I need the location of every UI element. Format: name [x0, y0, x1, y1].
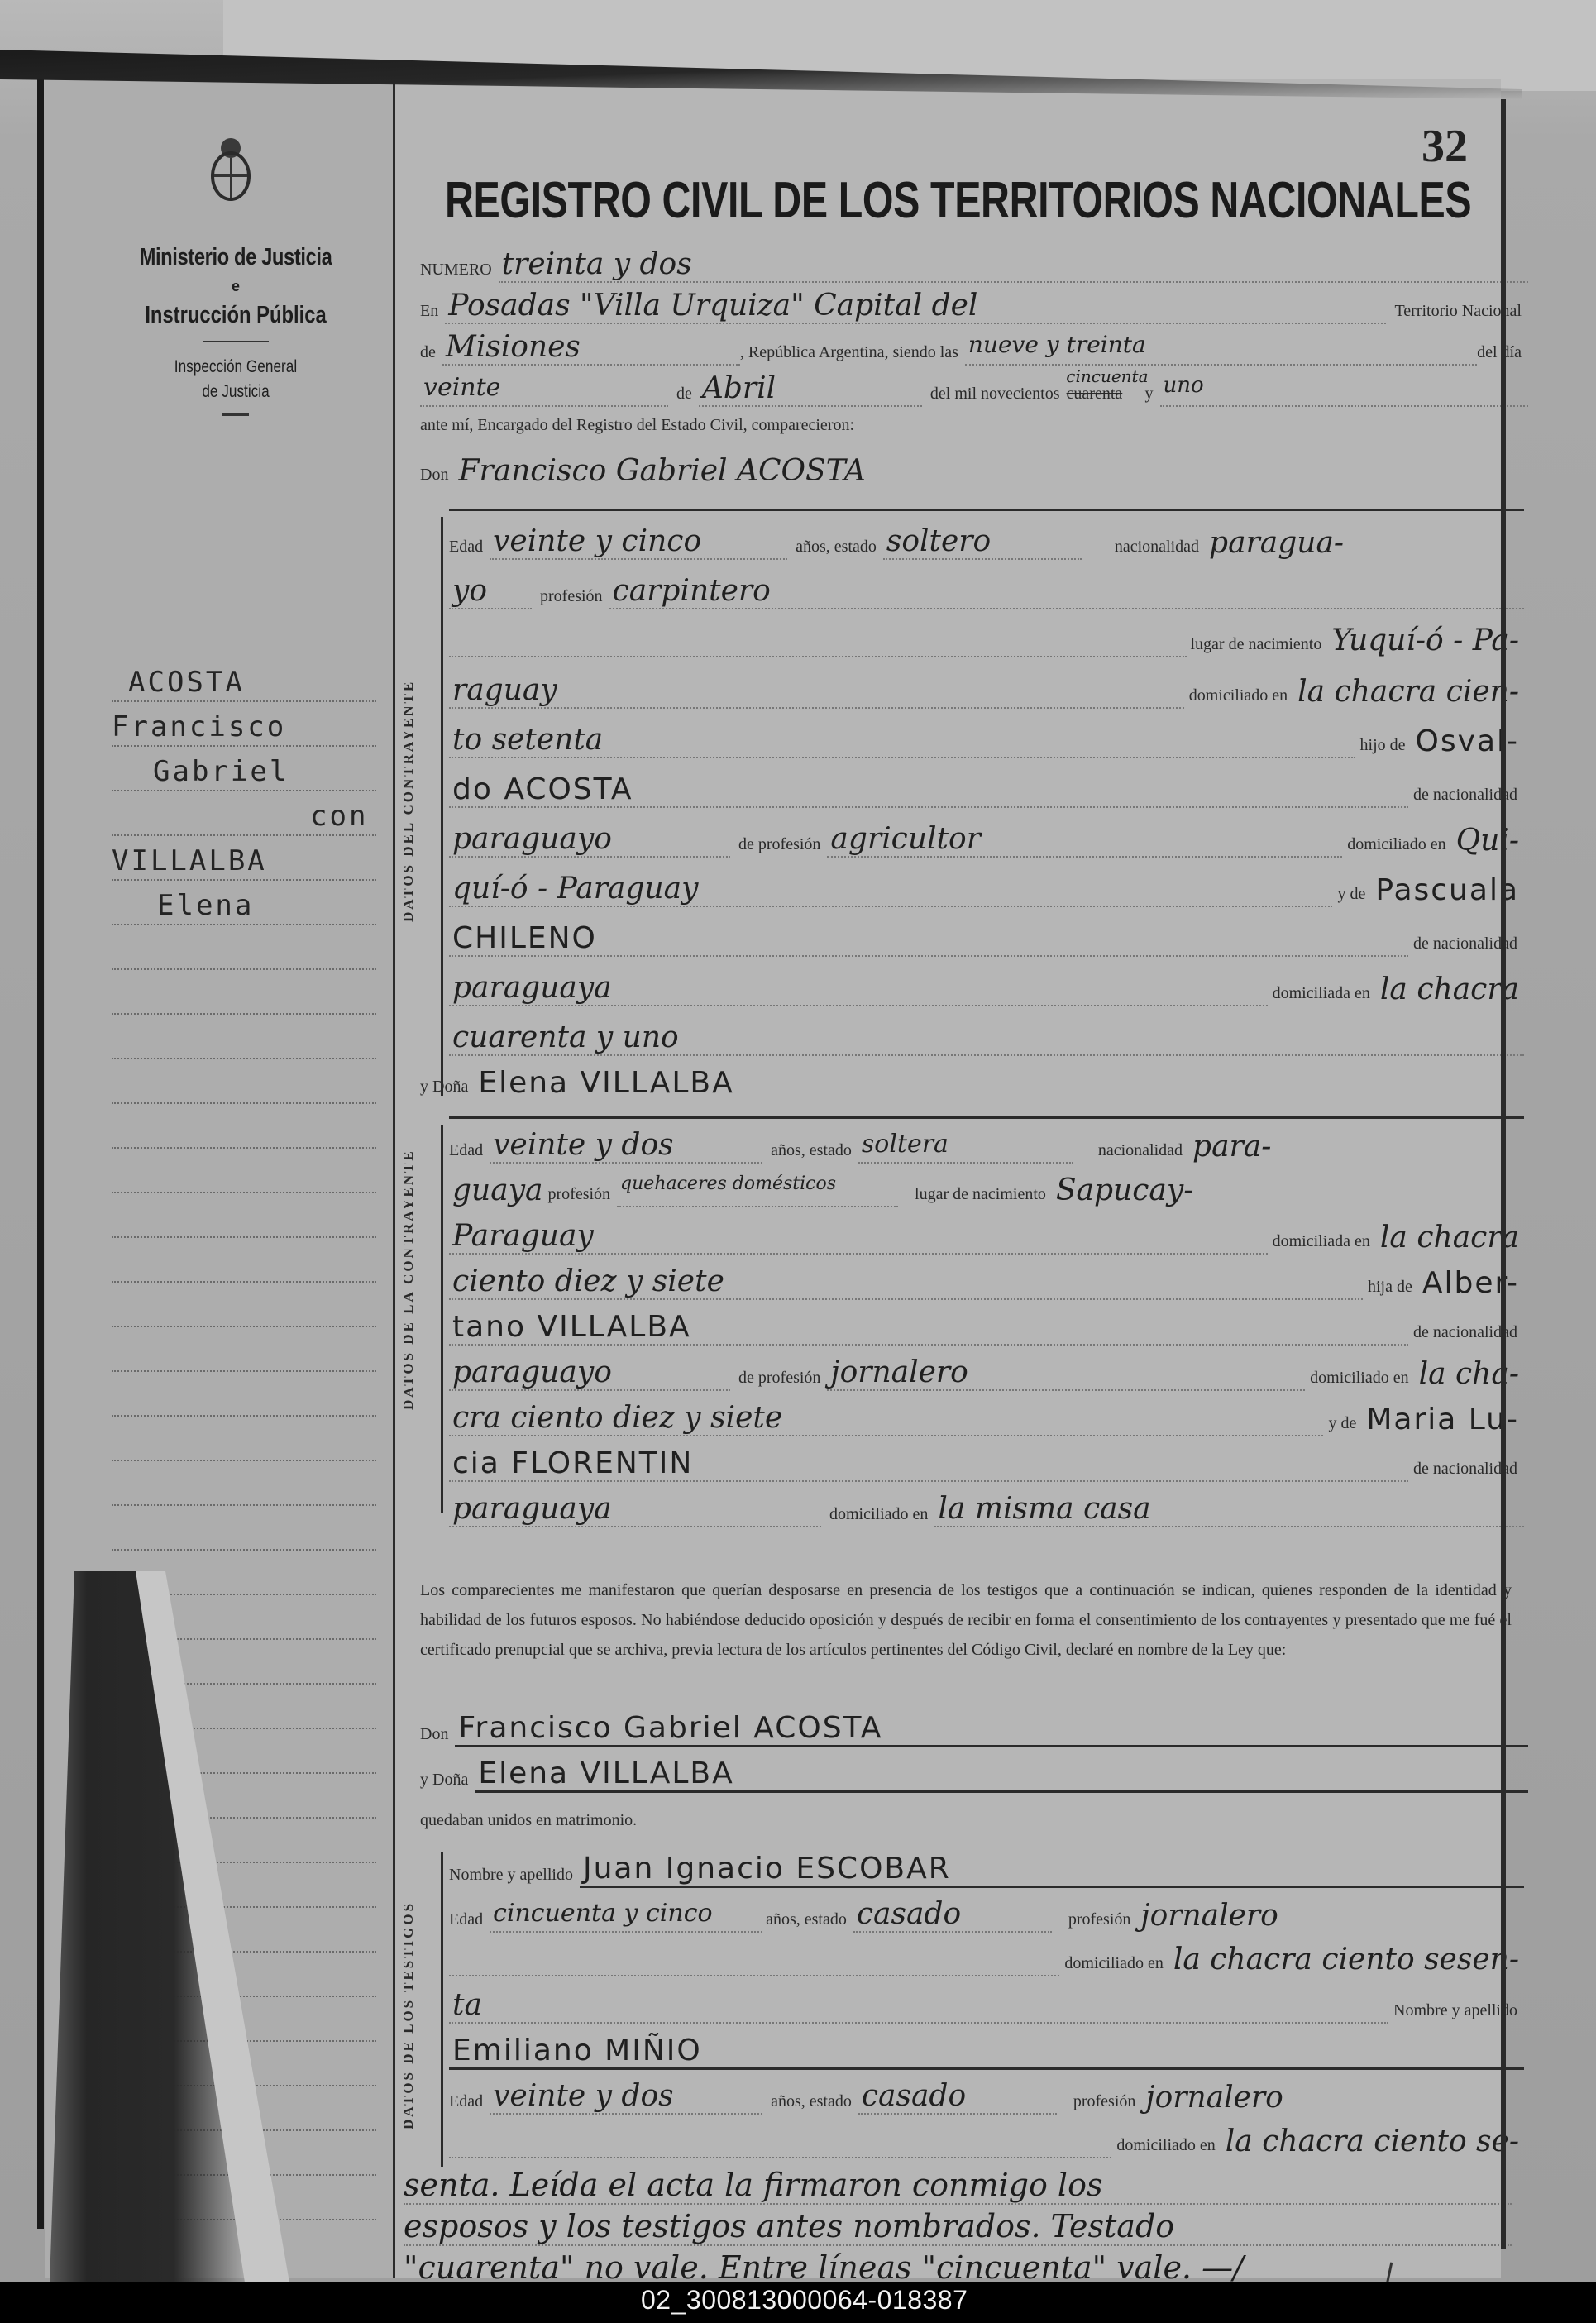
divider [449, 509, 1524, 511]
father-domicile: Qui- [1453, 825, 1524, 858]
bride-father-domicile: la cha- [1416, 1358, 1524, 1391]
witness2-estado: casado [858, 2079, 971, 2113]
profesion-label: profesión [1052, 1910, 1138, 1933]
bride-mother-nationality-row: cia FLORENTIN de nacionalidad [449, 1447, 1524, 1482]
witness2-profession: jornalero [1142, 2082, 1288, 2115]
act-number: treinta y dos [499, 247, 697, 281]
nombre-apellido-label: Nombre y apellido [449, 1866, 580, 1888]
domiciliado-label: domiciliado en [1305, 1369, 1415, 1391]
groom-name-row: Don Francisco Gabriel ACOSTA [420, 455, 1528, 488]
declared-groom-row: Don Francisco Gabriel ACOSTA [420, 1712, 1528, 1747]
witness1-name: Juan Ignacio ESCOBAR [580, 1852, 956, 1886]
hija-de-label: hija de [1363, 1278, 1419, 1300]
profesion-label: profesión [1057, 2092, 1143, 2115]
month-de-label: de [668, 385, 699, 407]
inspection-line-1: Inspección General [131, 357, 341, 377]
groom-mother-domicile-cont-row: cuarenta y uno [449, 1021, 1524, 1056]
anos-estado-label: años, estado [787, 538, 883, 560]
divider [203, 341, 269, 342]
groom-domicile-cont: to setenta [449, 723, 608, 757]
bride-father-profession-row: paraguayo de profesión jornalero domicil… [449, 1356, 1524, 1391]
groom-birthplace-row: lugar de nacimiento Yuquí-ó - Pa- [449, 624, 1524, 657]
hijo-de-label: hijo de [1355, 736, 1412, 758]
bride-name: Elena VILLALBA [475, 1067, 738, 1100]
bride-domicile-cont: ciento diez y siete [449, 1264, 729, 1298]
domiciliado-label: domiciliado en [821, 1505, 934, 1527]
witness2-age-row: Edad veinte y dos años, estado casado pr… [449, 2080, 1524, 2115]
witness1-estado: casado [853, 1897, 966, 1931]
page-edge [1501, 99, 1506, 2249]
witnesses-section [441, 1852, 443, 2167]
mother-nationality: paraguaya [449, 971, 617, 1005]
y-de-label: y de [1323, 1414, 1363, 1436]
de-nacionalidad-label: de nacionalidad [1408, 1460, 1524, 1482]
groom-father-cont: do ACOSTA [449, 772, 638, 806]
groom-estado: soltero [883, 524, 996, 558]
anos-estado-label: años, estado [762, 1141, 858, 1164]
witness2-label-row: ta Nombre y apellido [449, 1989, 1524, 2024]
divider [222, 413, 249, 416]
bride-birthplace: Sapucay- [1053, 1174, 1198, 1207]
witness1-profession: jornalero [1137, 1900, 1283, 1933]
domiciliado-label: domiciliado en [1342, 835, 1452, 858]
bride-mother: Maria Lu- [1363, 1403, 1524, 1436]
witness2-age: veinte y dos [490, 2079, 679, 2113]
groom-mother-domicile-row: paraguaya domiciliada en la chacra [449, 972, 1524, 1006]
day-value: veinte [420, 373, 505, 402]
numero-row: NUMERO treinta y dos [420, 248, 1528, 283]
bride-mother-domicile-row: paraguaya domiciliado en la misma casa [449, 1493, 1524, 1527]
witness1-age: cincuenta y cinco [490, 1899, 717, 1928]
witness1-domicile: la chacra ciento sesen- [1170, 1943, 1524, 1976]
year-inserted: cincuenta [1063, 367, 1153, 385]
witness2-name-row: Emiliano MIÑIO [449, 2034, 1524, 2070]
bride-domicile-row: Paraguay domiciliada en la chacra [449, 1220, 1524, 1255]
declared-bride: Elena VILLALBA [475, 1757, 738, 1790]
groom-domicile: la chacra cien- [1294, 676, 1524, 709]
ante-mi-row: ante mí, Encargado del Registro del Esta… [420, 416, 861, 438]
groom-mother-cont: CHILENO [449, 921, 602, 955]
ministry-header: Ministerio de Justicia e Instrucción Púb… [108, 244, 364, 428]
bride-father-domicile-cont: cra ciento diez y siete [449, 1401, 787, 1435]
margin-note: ACOSTA [128, 666, 245, 699]
groom-father-profession-row: paraguayo de profesión agricultor domici… [449, 823, 1524, 858]
place-row: En Posadas "Villa Urquiza" Capital del T… [420, 289, 1528, 324]
territorio-label: Territorio Nacional [1386, 302, 1528, 324]
groom-birthplace: Yuquí-ó - Pa- [1328, 624, 1524, 657]
ministry-line-1: Ministerio de Justicia [131, 244, 341, 271]
bride-name-row: y Doña Elena VILLALBA [420, 1067, 1528, 1100]
de-profesion-label: de profesión [730, 835, 827, 858]
witness1-age-row: Edad cincuenta y cinco años, estado casa… [449, 1898, 1524, 1933]
ante-mi-text: ante mí, Encargado del Registro del Esta… [420, 416, 861, 438]
profesion-label: profesión [532, 587, 609, 609]
territory-row: de Misiones , República Argentina, siend… [420, 331, 1528, 366]
bride-mother-cont: cia FLORENTIN [449, 1446, 698, 1480]
page-number: 32 [1422, 120, 1468, 173]
territory-value: Misiones [442, 330, 585, 364]
bride-profession: quehaceres domésticos [617, 1173, 841, 1194]
bride-father-nationality: paraguayo [449, 1355, 617, 1389]
margin-note: VILLALBA [112, 844, 267, 877]
bride-father-nationality-row: tano VILLALBA de nacionalidad [449, 1311, 1524, 1346]
bride-father: Alber- [1419, 1267, 1524, 1300]
groom-nationality: paragua- [1206, 527, 1349, 560]
edad-label: Edad [449, 2092, 490, 2115]
witnesses-section-label: DATOS DE LOS TESTIGOS [400, 1901, 417, 2129]
groom-domicile-row: raguay domiciliado en la chacra cien- [449, 674, 1524, 709]
bride-section-label: DATOS DE LA CONTRAYENTE [400, 1149, 417, 1410]
page-title: REGISTRO CIVIL DE LOS TERRITORIOS NACION… [445, 171, 1471, 230]
domiciliado-label: domiciliado en [1184, 686, 1294, 709]
en-label: En [420, 302, 445, 324]
bride-nationality-cont: guaya [449, 1174, 548, 1207]
hour-value: nueve y treinta [965, 331, 1151, 358]
edad-label: Edad [449, 1141, 490, 1164]
father-profession: agricultor [827, 822, 985, 856]
bride-mother-domicile: la misma casa [934, 1492, 1155, 1526]
margin-note: con [310, 800, 368, 833]
groom-mother-nationality-row: CHILENO de nacionalidad [449, 922, 1524, 957]
groom-father-row: to setenta hijo de Osval- [449, 724, 1524, 758]
domiciliado-label: domiciliado en [1059, 1954, 1169, 1976]
lugar-nacimiento-label: lugar de nacimiento [1187, 635, 1328, 657]
book-binding [37, 79, 44, 2229]
de-nacionalidad-label: de nacionalidad [1408, 786, 1524, 808]
closing-line: senta. Leída el acta la firmaron conmigo… [404, 2167, 1512, 2205]
margin-note: Gabriel [153, 755, 289, 788]
margin-note: Francisco [112, 710, 286, 743]
inspection-line-2: de Justicia [131, 382, 341, 402]
year-struck: cuarenta [1067, 385, 1130, 407]
anos-estado-label: años, estado [762, 1910, 853, 1933]
declared-groom: Francisco Gabriel ACOSTA [455, 1711, 887, 1745]
year-unit: uno [1160, 373, 1209, 398]
mother-domicile-cont: cuarenta y uno [449, 1020, 684, 1054]
bride-birthplace-cont: Paraguay [449, 1219, 599, 1253]
divider [449, 1116, 1524, 1119]
bride-profession-row: guaya profesión quehaceres domésticos lu… [449, 1174, 1524, 1207]
united-text: quedaban unidos en matrimonio. [420, 1811, 643, 1833]
month-value: Abril [699, 371, 781, 405]
don-label: Don [420, 1725, 455, 1747]
witness2-name: Emiliano MIÑIO [449, 2034, 707, 2067]
groom-birthplace-cont: raguay [449, 673, 562, 707]
groom-father: Osval- [1412, 725, 1524, 758]
ministry-conjunction: e [108, 278, 364, 295]
bride-age-row: Edad veinte y dos años, estado soltera n… [449, 1129, 1524, 1164]
bride-age: veinte y dos [490, 1128, 679, 1162]
y-de-label: y de [1332, 885, 1372, 907]
bride-estado: soltera [858, 1130, 953, 1159]
dona-label: y Doña [420, 1078, 475, 1100]
numero-label: NUMERO [420, 261, 499, 283]
de-nacionalidad-label: de nacionalidad [1408, 934, 1524, 957]
don-label: Don [420, 466, 455, 488]
dona-label: y Doña [420, 1771, 475, 1793]
witness1-name-row: Nombre y apellido Juan Ignacio ESCOBAR [449, 1852, 1524, 1888]
groom-age-row: Edad veinte y cinco años, estado soltero… [449, 525, 1524, 560]
united-row: quedaban unidos en matrimonio. [420, 1811, 643, 1833]
profesion-label: profesión [548, 1185, 618, 1207]
bride-mother-row: cra ciento diez y siete y de Maria Lu- [449, 1402, 1524, 1436]
coat-of-arms-icon [207, 135, 255, 204]
register-page: Ministerio de Justicia e Instrucción Púb… [45, 79, 1501, 2278]
de-nacionalidad-label: de nacionalidad [1408, 1323, 1524, 1346]
father-nationality: paraguayo [449, 822, 617, 856]
date-row: veinte de Abril del mil novecientos cuar… [420, 372, 1528, 407]
bride-mother-nationality: paraguaya [449, 1492, 617, 1526]
act-form: 32 REGISTRO CIVIL DE LOS TERRITORIOS NAC… [393, 79, 1501, 2278]
witness1-domicile-cont: ta [449, 1988, 487, 2022]
domiciliada-label: domiciliada en [1268, 1232, 1377, 1255]
bride-father-cont: tano VILLALBA [449, 1310, 696, 1344]
groom-section [441, 517, 443, 1096]
year-label: del mil novecientos [922, 385, 1067, 407]
witness2-domicile-row: domiciliado en la chacra ciento se- [449, 2125, 1524, 2158]
closing-line: esposos y los testigos antes nombrados. … [404, 2208, 1512, 2246]
lugar-nacimiento-label: lugar de nacimiento [898, 1185, 1053, 1207]
groom-nationality-cont: yo [449, 574, 492, 608]
groom-age: veinte y cinco [490, 524, 706, 558]
bride-section [441, 1125, 443, 1513]
year-y: y [1145, 385, 1160, 407]
groom-name: Francisco Gabriel ACOSTA [455, 455, 870, 488]
bride-nationality: para- [1189, 1130, 1276, 1164]
nacionalidad-label: nacionalidad [1073, 1141, 1189, 1164]
margin-note: Elena [157, 889, 254, 922]
de-profesion-label: de profesión [730, 1369, 827, 1391]
groom-profession-row: yo profesión carpintero [449, 575, 1524, 609]
groom-father-nationality-row: do ACOSTA de nacionalidad [449, 773, 1524, 808]
groom-profession: carpintero [609, 574, 776, 608]
domiciliado-label: domiciliado en [1111, 2136, 1221, 2158]
nacionalidad-label: nacionalidad [1082, 538, 1206, 560]
declaration-paragraph: Los comparecientes me manifestaron que q… [420, 1575, 1512, 1665]
declared-bride-row: y Doña Elena VILLALBA [420, 1757, 1528, 1793]
image-id-label: 02_300813000064-018387 [641, 2285, 968, 2316]
edad-label: Edad [449, 1910, 490, 1933]
groom-section-label: DATOS DEL CONTRAYENTE [400, 680, 417, 922]
de-label: de [420, 343, 442, 366]
edad-label: Edad [449, 538, 490, 560]
bride-father-profession: jornalero [827, 1355, 972, 1389]
father-domicile-cont: quí-ó - Paraguay [449, 872, 703, 906]
witness2-domicile: la chacra ciento se- [1222, 2125, 1524, 2158]
ministry-line-2: Instrucción Pública [131, 302, 341, 329]
witness1-domicile-row: domiciliado en la chacra ciento sesen- [449, 1943, 1524, 1976]
domiciliada-label: domiciliada en [1268, 984, 1377, 1006]
republica-label: , República Argentina, siendo las [740, 343, 965, 366]
groom-mother-row: quí-ó - Paraguay y de Pascuala [449, 872, 1524, 907]
place-value: Posadas "Villa Urquiza" Capital del [445, 289, 982, 323]
bride-father-row: ciento diez y siete hija de Alber- [449, 1265, 1524, 1300]
anos-estado-label: años, estado [762, 2092, 858, 2115]
